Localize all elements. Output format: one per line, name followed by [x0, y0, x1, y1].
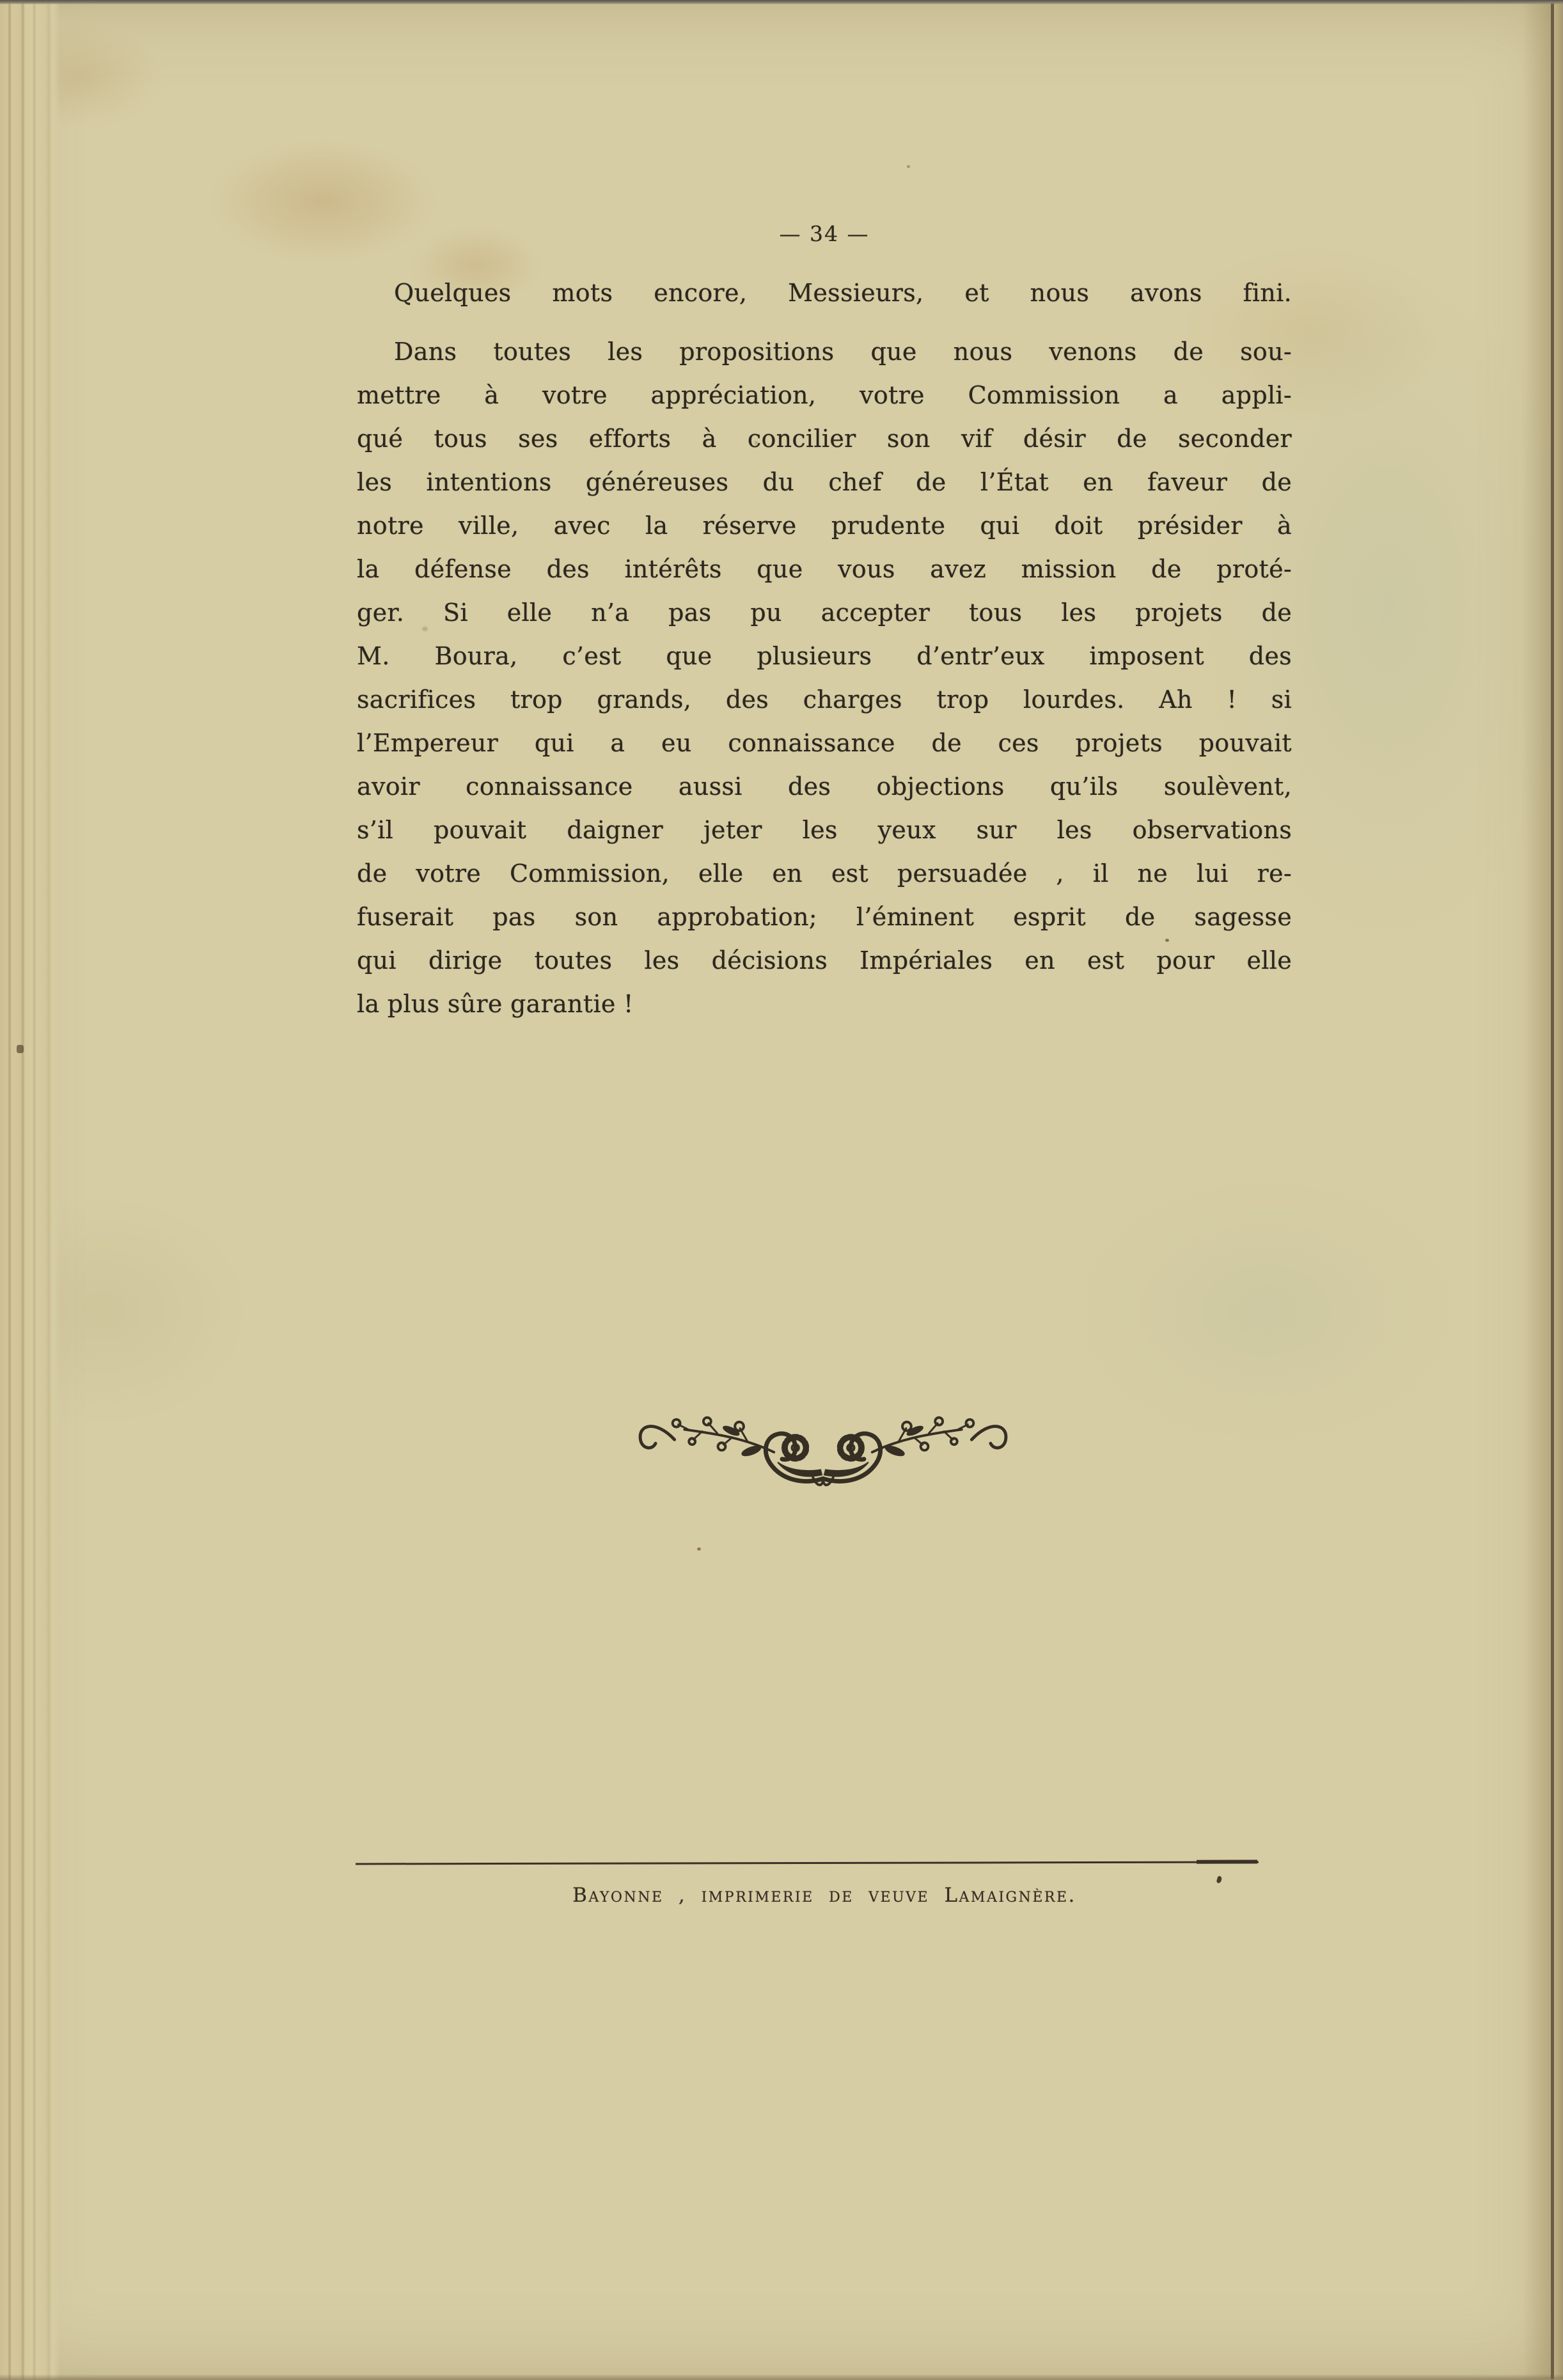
footer-rule-thick-end [1197, 1860, 1257, 1864]
text-block: Quelques mots encore, Messieurs, et nous… [357, 271, 1292, 1026]
text-line: mettre à votre appréciation, votre Commi… [357, 373, 1292, 417]
text-line: M. Boura, c’est que plusieurs d’entr’eux… [357, 634, 1292, 678]
fox-stain [422, 627, 428, 631]
text-line: ger. Si elle n’a pas pu accepter tous le… [357, 591, 1292, 634]
text-line: qué tous ses efforts à concilier son vif… [357, 417, 1292, 460]
floral-ornament-icon [633, 1412, 1013, 1494]
floral-ornament-vignette [633, 1412, 1013, 1494]
text-line: notre ville, avec la réserve prudente qu… [357, 504, 1292, 547]
paragraph: Quelques mots encore, Messieurs, et nous… [357, 271, 1292, 315]
text-line: Dans toutes les propositions que nous ve… [357, 330, 1292, 373]
text-line: la plus sûre garantie ! [357, 982, 1292, 1026]
text-line: s’il pouvait daigner jeter les yeux sur … [357, 808, 1292, 852]
text-line: les intentions généreuses du chef de l’É… [357, 460, 1292, 504]
scanned-book-page: — 34 — Quelques mots encore, Messieurs, … [0, 0, 1563, 2380]
fox-stain [907, 165, 910, 168]
text-line: fuserait pas son approbation; l’éminent … [357, 895, 1292, 939]
scan-top-edge [0, 0, 1563, 4]
text-line: sacrifices trop grands, des charges trop… [357, 678, 1292, 721]
text-line: de votre Commission, elle en est persuad… [357, 852, 1292, 895]
text-line: l’Empereur qui a eu connaissance de ces … [357, 721, 1292, 765]
fox-stain [17, 1045, 24, 1053]
text-line: la défense des intérêts que vous avez mi… [357, 547, 1292, 591]
fox-stain [1165, 939, 1169, 942]
binding-gutter [0, 0, 60, 2380]
text-line: qui dirige toutes les décisions Impérial… [357, 939, 1292, 982]
text-line: avoir connaissance aussi des objections … [357, 765, 1292, 808]
page-edge-shadow [1522, 0, 1551, 2380]
fox-stain [1216, 1875, 1223, 1883]
fox-stain [697, 1547, 701, 1551]
book-edge [1554, 0, 1563, 2380]
paragraph: Dans toutes les propositions que nous ve… [357, 330, 1292, 1026]
printer-imprint: Bayonne , imprimerie de veuve Lamaignère… [357, 1884, 1292, 1907]
footer-rule [356, 1861, 1259, 1865]
text-line: Quelques mots encore, Messieurs, et nous… [357, 271, 1292, 315]
fox-stain [755, 441, 758, 444]
page-number: — 34 — [357, 221, 1292, 246]
scan-bottom-edge [0, 2374, 1563, 2380]
